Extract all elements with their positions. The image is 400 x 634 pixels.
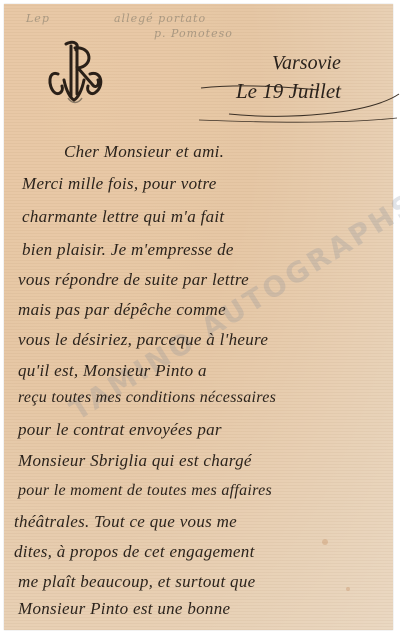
letter-line: Monsieur Pinto est une bonne xyxy=(18,599,230,619)
letter-line: Cher Monsieur et ami. xyxy=(64,142,224,162)
pencil-note-1: Lep xyxy=(26,12,50,25)
letter-paper: Lep allegé portato p. Pomoteso Varsovie … xyxy=(4,4,393,630)
monogram-icon xyxy=(44,40,106,106)
letter-line: qu'il est, Monsieur Pinto a xyxy=(18,361,207,381)
letter-line: bien plaisir. Je m'empresse de xyxy=(22,240,234,260)
letter-line: pour le moment de toutes mes affaires xyxy=(18,482,272,500)
letter-line: Merci mille fois, pour votre xyxy=(22,174,217,194)
letter-line: vous répondre de suite par lettre xyxy=(18,270,249,290)
letter-line: charmante lettre qui m'a fait xyxy=(22,207,224,227)
letter-place: Varsovie xyxy=(272,52,341,75)
letter-line: Monsieur Sbriglia qui est chargé xyxy=(18,451,252,471)
pencil-note-2: allegé portato xyxy=(114,12,206,25)
letter-line: mais pas par dépêche comme xyxy=(18,300,226,320)
paper-stain xyxy=(346,587,350,591)
letter-line: me plaît beaucoup, et surtout que xyxy=(18,572,255,592)
letter-line: reçu toutes mes conditions nécessaires xyxy=(18,389,276,407)
paper-stain xyxy=(322,539,328,545)
pencil-note-3: p. Pomoteso xyxy=(154,27,233,40)
letter-date: Le 19 Juillet xyxy=(236,79,341,104)
letter-line: théâtrales. Tout ce que vous me xyxy=(14,512,237,532)
letter-line: vous le désiriez, parceque à l'heure xyxy=(18,330,268,350)
letter-line: pour le contrat envoyées par xyxy=(18,420,222,440)
letter-line: dites, à propos de cet engagement xyxy=(14,542,255,562)
